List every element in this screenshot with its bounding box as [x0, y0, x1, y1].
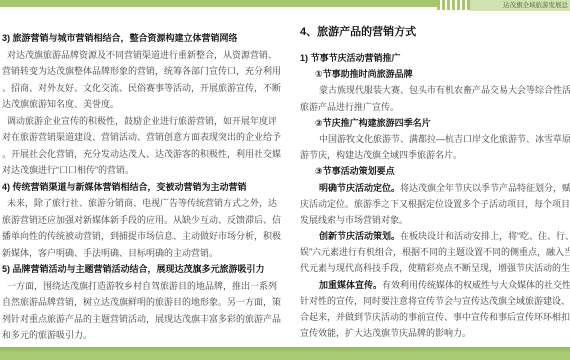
- section-title: 4、旅游产品的营销方式: [300, 24, 570, 40]
- text-line-lead: 加重媒体宣传。: [319, 280, 382, 290]
- text-line: 明确节庆活动定位。将达茂旗全年节庆以季节产品特征划分，赋予明: [300, 180, 570, 196]
- text-line: 中国游牧文化旅游节、满都拉—杭吉口岸文化旅游节、冰雪草原旅游: [300, 131, 570, 147]
- text-line: 1) 节事节庆活动营销推广: [300, 50, 570, 66]
- text-line: 庆活动定位。旅游季之下又根据定位设置多个子活动项目，每个项目都有: [300, 196, 570, 212]
- text-line: 旅游产品进行推广宣传。: [300, 99, 570, 115]
- text-line: ②节庆推广构建旅游四季名片: [300, 115, 570, 131]
- text-line: 5) 品牌营销活动与主题营销活动结合，展现达茂旗多元旅游吸引力: [2, 261, 286, 278]
- text-line: 一方面，围绕达茂旗打造游牧乡村自驾旅游目的地品牌，推出一系列: [2, 278, 286, 295]
- text-line: 代元素与现代高科技手段，使精彩亮点不断呈现，增强节庆活动的生命力: [300, 260, 570, 276]
- text-line: 游节庆，构建达茂旗全域四季旅游名片。: [300, 147, 570, 163]
- text-line: 营销转变为达茂旗整体品牌形象的营销，统筹各部门宣传口，充分利用: [2, 63, 286, 80]
- text-line: 针对性的宣传，同时要注意将宣传节会与宣传达茂旗全域旅游建设、重点: [300, 293, 570, 309]
- text-line: 旅游营销还应加强对新媒体新手段的应用。从缺少互动、反馈滞后、信: [2, 212, 286, 229]
- header-title-band: 达茂旗全域旅游发展总: [470, 0, 570, 11]
- text-line: 对达茂旗进行“口口相传”的营销。: [2, 162, 286, 179]
- text-line: 。开展社会化营销，充分发动达茂人、达茂游客的积极性，利用社交媒: [2, 146, 286, 163]
- text-line: 达茂旗旅游知名度、美誉度。: [2, 96, 286, 113]
- right-column-text: 1) 节事节庆活动营销推广①节事助推时尚旅游品牌蒙古族现代服装大赛、包头市有机农…: [300, 50, 570, 341]
- text-line: 调动旅游企业宣传的积极性，鼓励企业进行旅游营销，如开展年度评: [2, 113, 286, 130]
- text-line: 自然旅游品牌营销，树立达茂旗鲜明的旅游目的地形象。另一方面，策: [2, 294, 286, 311]
- header-stripes-decoration: [437, 0, 470, 10]
- text-line: 列针对重点旅游产品的主题营销活动，展现达茂旗丰富多彩的旅游产品: [2, 311, 286, 328]
- text-line: ③节事活动策划要点: [300, 163, 570, 179]
- text-line: ①节事助推时尚旅游品牌: [300, 66, 570, 82]
- text-line: 、招商、对外友好、文化交流、民俗赛事等活动，开展旅游宣传，不断: [2, 80, 286, 97]
- text-line: 发展线索与市场营销对象。: [300, 212, 570, 228]
- text-line: 合起来，并做到节庆活动的事前宣传、事中宣传和事后宣传环环相扣，切: [300, 309, 570, 325]
- text-line: 未来，除了旅行社、旅游分销商、电视广告等传统营销方式之外，达: [2, 195, 286, 212]
- text-line: 宣传效能，扩大达茂旗节庆品牌的影响力。: [300, 325, 570, 341]
- text-line-lead: 明确节庆活动定位。: [319, 183, 400, 193]
- text-line: 新媒体，客户明确、手法明确、目标明确的主动营销。: [2, 245, 286, 262]
- text-line: 对达茂旗旅游品牌资源及不同营销渠道进行重新整合，从资源营销、: [2, 47, 286, 64]
- text-line: 娱”六元素进行有机组合，根据不同的主题设置不同的侧重点，融入当代: [300, 244, 570, 260]
- text-line: 对在旅游营销渠道建设、营销活动、营销创意方面表现突出的企业给予: [2, 129, 286, 146]
- text-line-lead: 创新节庆活动策划。: [319, 231, 400, 241]
- header-bar: 达茂旗全域旅游发展总: [0, 0, 570, 7]
- left-column: 3) 旅游营销与城市营销相结合，整合资源构建立体营销网络对达茂旗旅游品牌资源及不…: [2, 30, 286, 344]
- footer-bar: [0, 347, 570, 360]
- right-column: 4、旅游产品的营销方式 1) 节事节庆活动营销推广①节事助推时尚旅游品牌蒙古族现…: [300, 24, 570, 341]
- text-line: 4) 传统营销渠道与新媒体营销相结合，变被动营销为主动营销: [2, 179, 286, 196]
- document-page: 达茂旗全域旅游发展总 3) 旅游营销与城市营销相结合，整合资源构建立体营销网络对…: [0, 0, 570, 360]
- text-line: 创新节庆活动策划。在板块设计和活动安排上，将“吃、住、行、游: [300, 228, 570, 244]
- text-line: 蒙古族现代服装大赛、包头市有机农畜产品交易大会等综合性活动中: [300, 82, 570, 98]
- text-line: 3) 旅游营销与城市营销相结合，整合资源构建立体营销网络: [2, 30, 286, 47]
- text-line: 加重媒体宣传。有效利用传统媒体的权威性与大众媒体的社交性特征: [300, 277, 570, 293]
- document-title: 达茂旗全域旅游发展总: [503, 2, 568, 9]
- text-line: 和多元的旅游吸引力。: [2, 327, 286, 344]
- text-line: 播单向性的传统被动营销，到捕捉市场信息、主动做好市场分析，积极: [2, 228, 286, 245]
